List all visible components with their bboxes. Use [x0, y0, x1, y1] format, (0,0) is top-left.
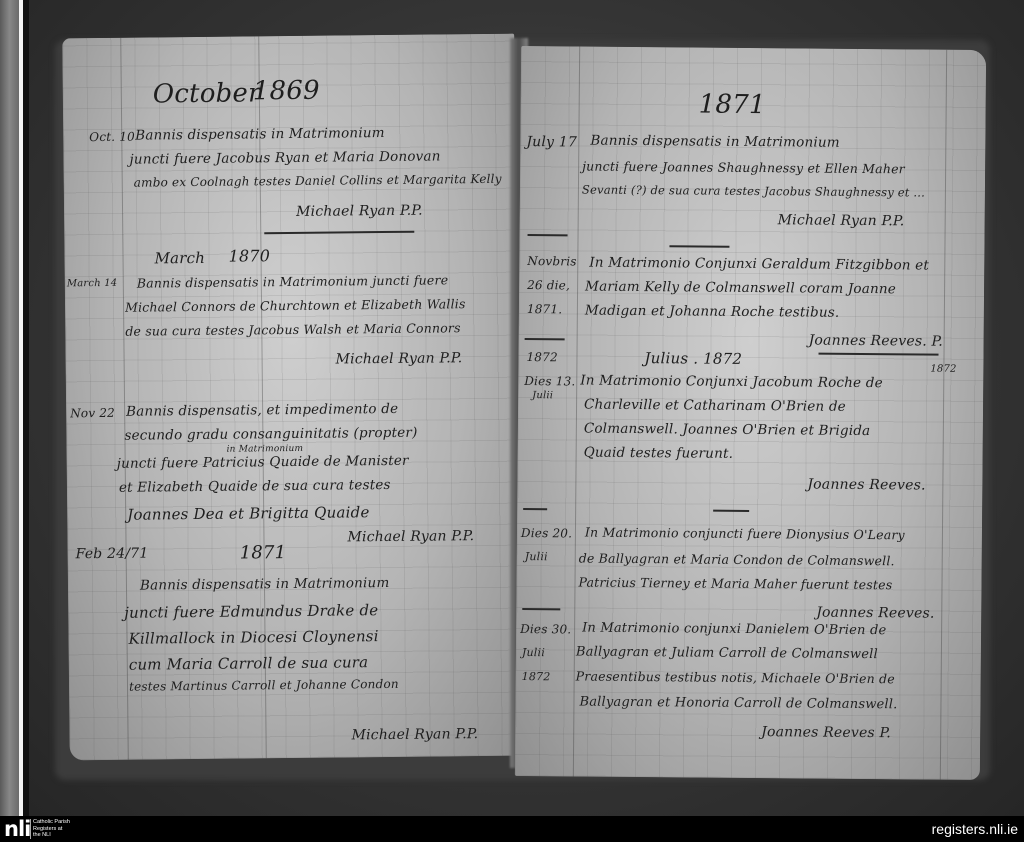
logo-caption: Catholic Parish Registers at the NLI [33, 819, 70, 839]
entry-line: Mariam Kelly de Colmanswell coram Joanne [585, 279, 896, 298]
entry-line: Bannis dispensatis in Matrimonium juncti… [137, 272, 449, 290]
entry-line: In Matrimonio conjunxi Danielem O'Brien … [582, 621, 886, 639]
film-edge-strip [0, 0, 19, 816]
entry-line: et Elizabeth Quaide de sua cura testes [119, 477, 391, 496]
margin-date: Novbris [527, 254, 576, 268]
entry-line: In Matrimonio conjuncti fuere Dionysius … [585, 525, 905, 543]
margin-date: Dies 13. [524, 374, 575, 388]
entry-line: juncti fuere Jacobus Ryan et Maria Donov… [129, 148, 440, 167]
entry-line: Bannis dispensatis in Matrimonium [590, 133, 840, 151]
margin-date: 26 die, [527, 278, 570, 292]
margin-line [573, 46, 580, 776]
priest-signature: Michael Ryan P.P. [296, 203, 423, 220]
entry-line: juncti fuere Edmundus Drake de [124, 601, 378, 622]
register-right-page: 1871 July 17 Bannis dispensatis in Matri… [515, 46, 986, 780]
entry-line: Colmanswell. Joannes O'Brien et Brigida [584, 421, 871, 439]
entry-line: Ballyagran et Juliam Carroll de Colmansw… [576, 644, 878, 662]
margin-year: 1872 [526, 350, 557, 364]
column-line [258, 36, 267, 758]
priest-signature: Michael Ryan P.P. [351, 726, 478, 743]
entry-line: juncti fuere Patricius Quaide de Maniste… [117, 453, 409, 472]
entry-line: Bannis dispensatis, et impedimento de [126, 401, 398, 420]
entry-line: Praesentibus testibus notis, Michaele O'… [576, 668, 895, 686]
margin-date: Nov 22 [70, 406, 115, 420]
entry-divider [264, 231, 414, 234]
margin-date: March 14 [67, 278, 118, 290]
margin-date: Julii [522, 646, 545, 659]
entry-line: ambo ex Coolnagh testes Daniel Collins e… [134, 172, 502, 190]
entry-divider [713, 510, 749, 512]
right-margin-note: 1872 [930, 364, 956, 375]
entry-line: Michael Connors de Churchtown et Elizabe… [125, 296, 466, 315]
entry-line: de Ballyagran et Maria Condon de Colmans… [579, 551, 895, 569]
margin-date: Feb 24/71 [76, 546, 149, 563]
margin-date: July 17 [526, 134, 577, 150]
nli-logo[interactable]: nli [4, 819, 30, 839]
entry-line: Bannis dispensatis in Matrimonium [135, 125, 385, 144]
priest-signature: Joannes Reeves P. [761, 724, 891, 741]
image-viewer[interactable]: October 1869 Oct. 10 Bannis dispensatis … [0, 0, 1024, 816]
site-url-link[interactable]: registers.nli.ie [932, 821, 1018, 837]
entry-line: Bannis dispensatis in Matrimonium [140, 575, 390, 594]
entry-line: Joannes Dea et Brigitta Quaide [127, 503, 369, 524]
entry-divider [528, 234, 568, 236]
entry-line: In Matrimonio Conjunxi Jacobum Roche de [580, 373, 883, 392]
entry-heading-year: 1869 [253, 76, 320, 107]
entry-line: testes Martinus Carroll et Johanne Condo… [129, 677, 399, 694]
entry-line: Madigan et Johanna Roche testibus. [585, 303, 840, 321]
entry-line: In Matrimonio Conjunxi Geraldum Fitzgibb… [589, 255, 929, 274]
priest-signature: Joannes Reeves. [807, 476, 925, 493]
entry-divider [523, 508, 547, 510]
margin-date: 1872 [522, 670, 551, 683]
margin-date: 1871. [527, 302, 562, 316]
entry-line: Quaid testes fuerunt. [584, 445, 734, 462]
margin-date: Dies 20. [521, 526, 572, 540]
priest-signature: Michael Ryan P.P. [778, 212, 905, 229]
priest-signature: Michael Ryan P.P. [336, 350, 463, 367]
entry-line: Ballyagran et Honoria Carroll de Colmans… [579, 695, 897, 713]
entry-heading-month: March [154, 249, 205, 268]
margin-date: Julii [525, 550, 548, 563]
logo-caption-line: Catholic Parish [33, 819, 70, 826]
entry-line: Sevanti (?) de sua cura testes Jacobus S… [582, 183, 925, 200]
priest-signature: Joannes Reeves. [816, 605, 934, 622]
register-left-page: October 1869 Oct. 10 Bannis dispensatis … [62, 34, 522, 761]
entry-heading-month: October [153, 78, 261, 109]
entry-heading-year: 1870 [228, 246, 270, 265]
priest-signature: Michael Ryan P.P. [347, 528, 474, 545]
entry-line: Charleville et Catharinam O'Brien de [584, 397, 846, 415]
entry-line: juncti fuere Joannes Shaughnessy et Elle… [582, 159, 905, 177]
entry-line: secundo gradu consanguinitatis (propter) [124, 425, 417, 444]
margin-date: Oct. 10 [89, 130, 135, 144]
margin-date: Julii [532, 390, 553, 401]
page-heading-year: 1871 [699, 90, 766, 121]
logo-caption-line: the NLI [33, 832, 70, 839]
entry-heading-year: 1871 [240, 542, 287, 563]
entry-divider [522, 608, 560, 610]
section-heading: Julius . 1872 [644, 349, 742, 368]
margin-date: Dies 30. [520, 622, 571, 636]
margin-line [120, 38, 129, 760]
logo-divider [30, 819, 31, 839]
entry-line: Killmallock in Diocesi Cloynensi [128, 627, 378, 648]
entry-line: cum Maria Carroll de sua cura [129, 653, 369, 674]
entry-line: Patricius Tierney et Maria Maher fuerunt… [578, 575, 892, 593]
entry-divider [819, 353, 939, 356]
priest-signature: Joannes Reeves. P. [809, 333, 944, 350]
margin-line [940, 50, 947, 780]
entry-line: de sua cura testes Jacobus Walsh et Mari… [125, 320, 461, 339]
viewer-footer: nli Catholic Parish Registers at the NLI… [0, 816, 1024, 842]
entry-divider [525, 338, 565, 340]
entry-divider [669, 245, 729, 247]
